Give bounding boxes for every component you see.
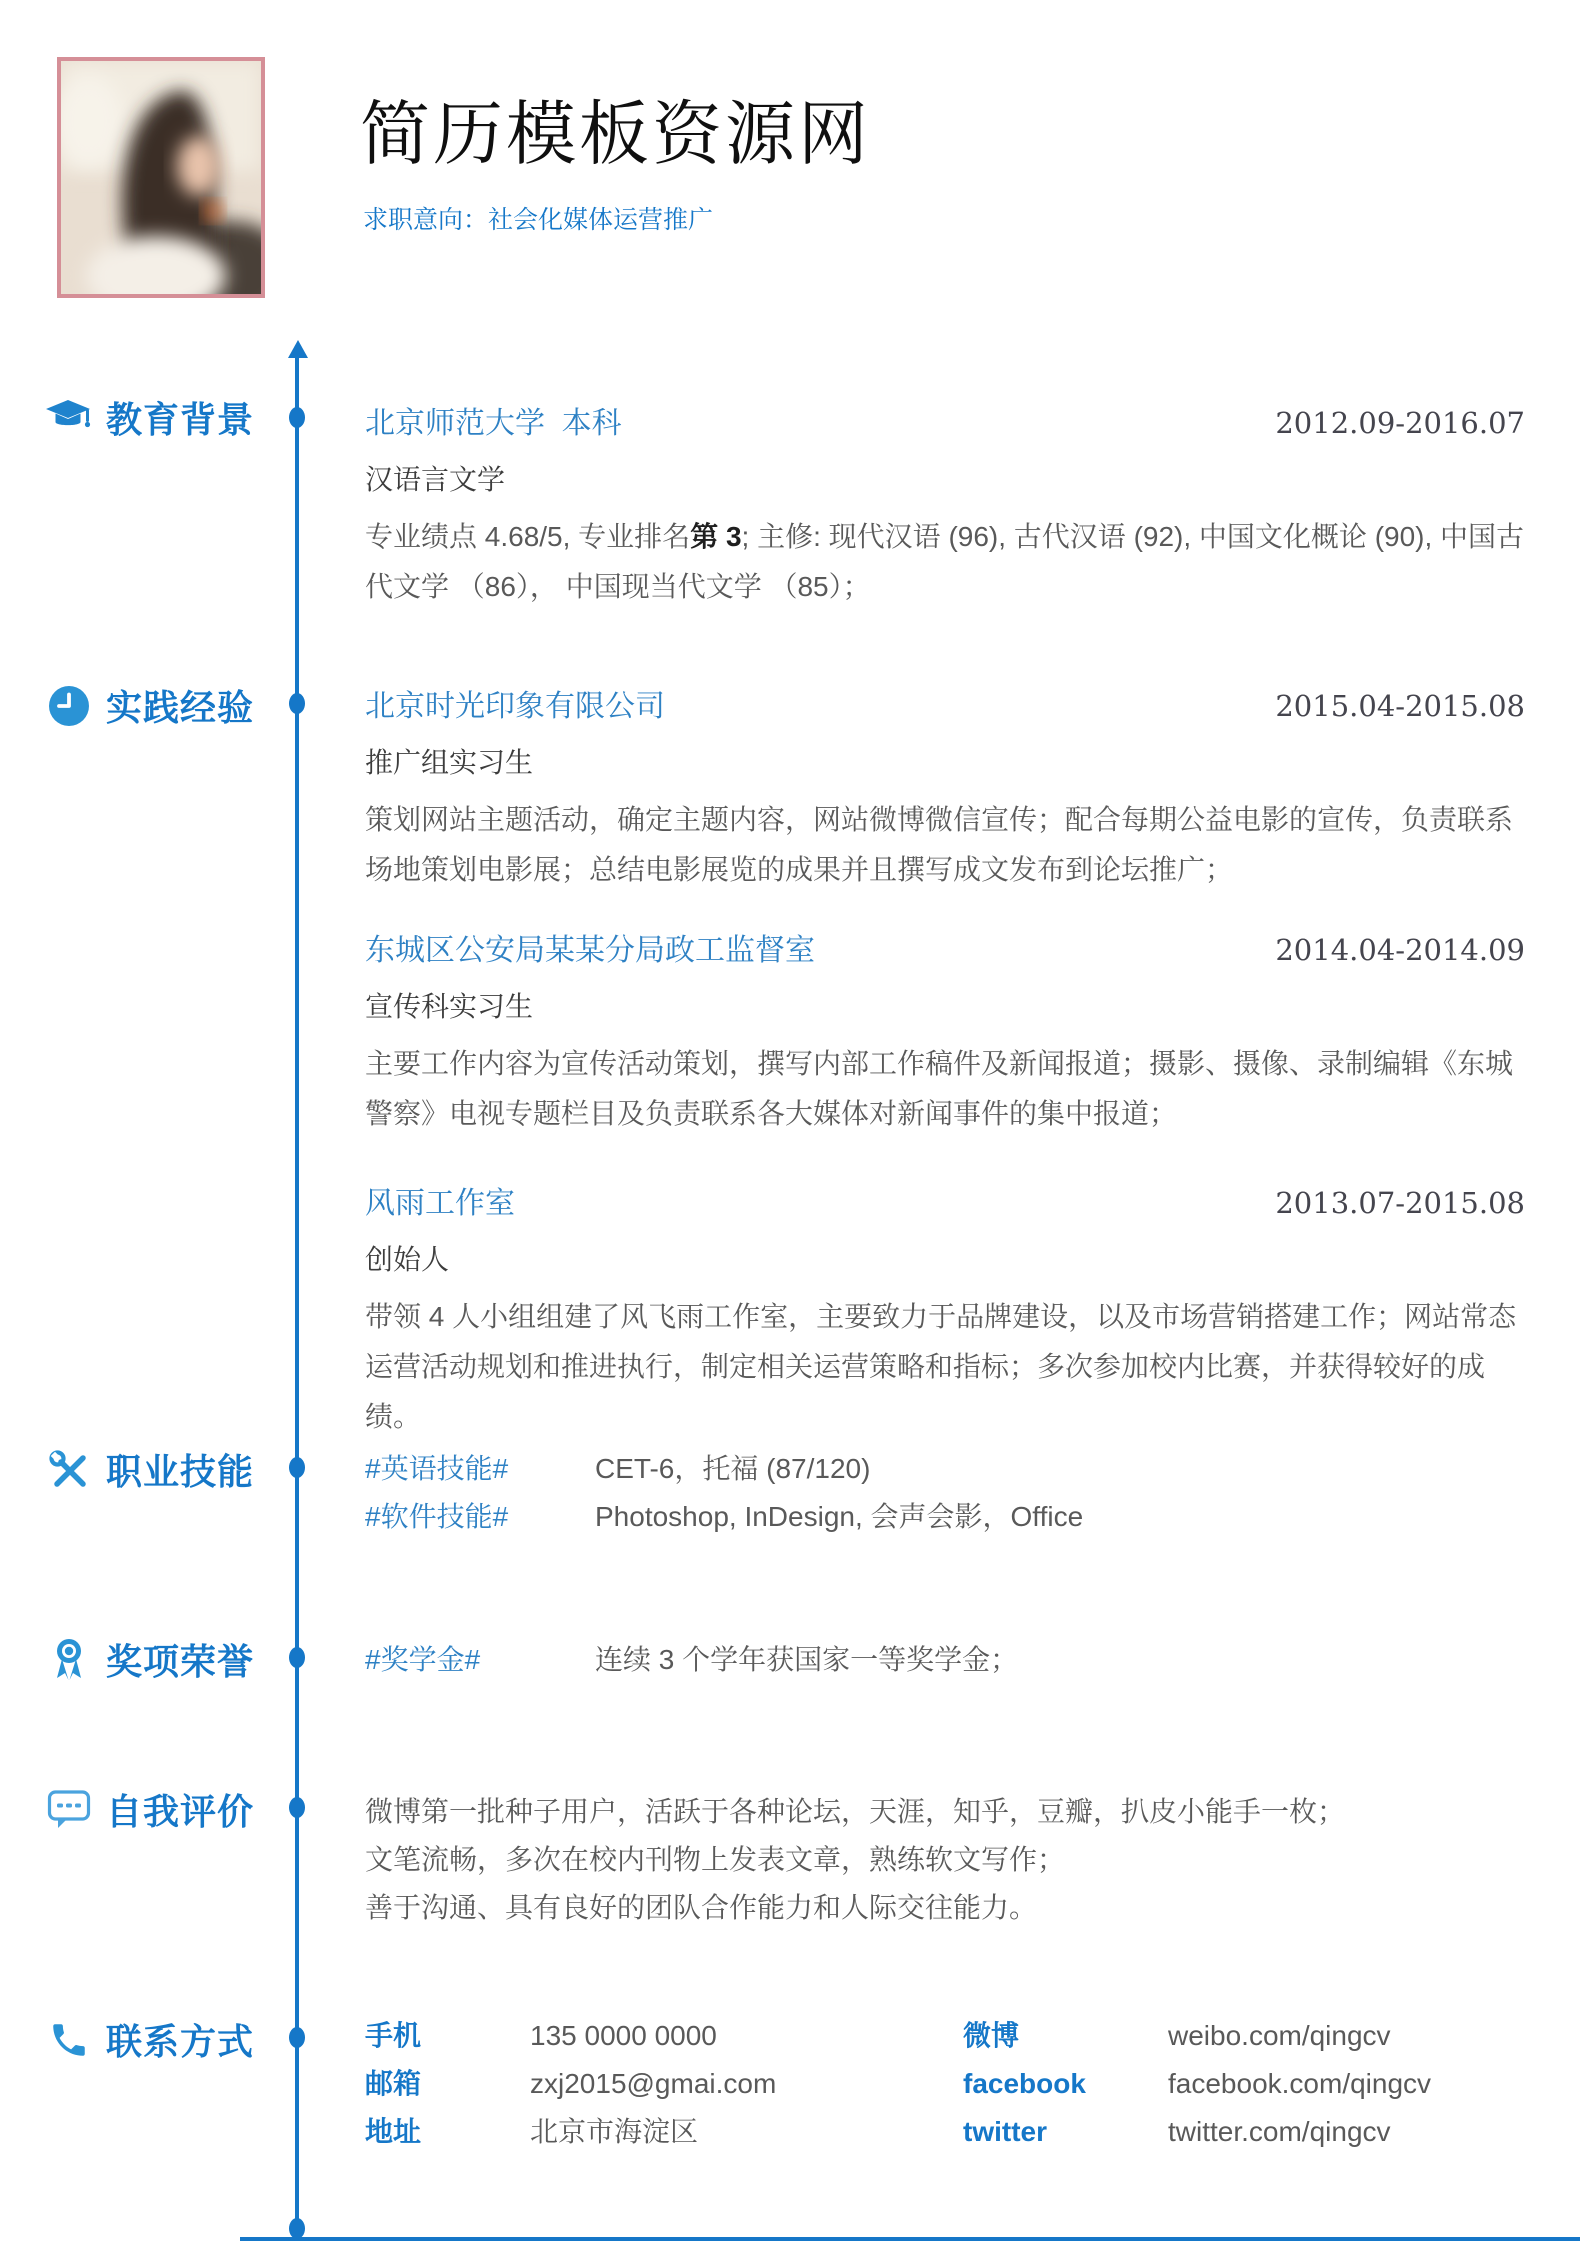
contact-row: 微博 weibo.com/qingcv [963,2012,1563,2060]
education-detail: 专业绩点 4.68/5, 专业排名第 3; 主修: 现代汉语 (96), 古代汉… [365,512,1525,612]
clock-icon [46,685,92,727]
experience-entry-head: 东城区公安局某某分局政工监督室 2014.04-2014.09 [365,925,1525,969]
contact-row: facebook facebook.com/qingcv [963,2060,1563,2108]
page-title: 简历模板资源网 [360,78,871,179]
section-label-awards: 奖项荣誉 [106,1634,254,1685]
contact-label-email: 邮箱 [365,2060,530,2108]
resume-page: 简历模板资源网 求职意向：社会化媒体运营推广 教育背景 实践经验 [0,0,1587,2245]
company-name: 东城区公安局某某分局政工监督室 [365,925,815,969]
experience-role: 宣传科实习生 [365,985,1525,1025]
company-name: 风雨工作室 [365,1178,515,1222]
section-label-self-evaluation: 自我评价 [106,1784,254,1835]
experience-description: 带领 4 人小组组建了风飞雨工作室，主要致力于品牌建设，以及市场营销搭建工作；网… [365,1292,1525,1442]
skill-tag: #英语技能# [365,1445,595,1493]
experience-description: 策划网站主题活动，确定主题内容，网站微博微信宣传；配合每期公益电影的宣传，负责联… [365,795,1525,895]
award-tag: #奖学金# [365,1636,595,1684]
gpa-rank-bold: 第 3 [690,521,741,552]
profile-photo-image [61,61,261,294]
contact-row: 手机 135 0000 0000 [365,2012,955,2060]
contact-value-twitter: twitter.com/qingcv [1168,2108,1391,2156]
experience-date: 2015.04-2015.08 [1275,689,1525,723]
contact-value-address: 北京市海淀区 [530,2108,698,2156]
education-date: 2012.09-2016.07 [1275,406,1525,440]
self-evaluation-text: 微博第一批种子用户，活跃于各种论坛，天涯，知乎，豆瓣，扒皮小能手一枚； 文笔流畅… [365,1788,1525,1932]
education-entry: 北京师范大学 本科 2012.09-2016.07 汉语言文学 专业绩点 4.6… [365,398,1525,612]
timeline-line [295,356,299,2232]
contact-row: 地址 北京市海淀区 [365,2108,955,2156]
experience-entry: 东城区公安局某某分局政工监督室 2014.04-2014.09 宣传科实习生 主… [365,925,1525,1139]
timeline-dot-awards [289,1647,305,1668]
experience-description: 主要工作内容为宣传活动策划，撰写内部工作稿件及新闻报道；摄影、摄像、录制编辑《东… [365,1039,1525,1139]
section-header-skills: 职业技能 [46,1444,254,1495]
section-header-awards: 奖项荣誉 [46,1634,254,1685]
experience-entry-head: 风雨工作室 2013.07-2015.08 [365,1178,1525,1222]
job-intention: 求职意向：社会化媒体运营推广 [363,200,713,236]
contact-value-facebook: facebook.com/qingcv [1168,2060,1431,2108]
self-evaluation-line: 善于沟通、具有良好的团队合作能力和人际交往能力。 [365,1884,1525,1932]
self-evaluation-line: 微博第一批种子用户，活跃于各种论坛，天涯，知乎，豆瓣，扒皮小能手一枚； [365,1788,1525,1836]
graduation-cap-icon [46,398,92,438]
medal-icon [46,1637,92,1683]
school-name: 北京师范大学 本科 [365,398,622,442]
experience-entry: 北京时光印象有限公司 2015.04-2015.08 推广组实习生 策划网站主题… [365,681,1525,895]
education-major: 汉语言文学 [365,458,1525,498]
awards-list: #奖学金# 连续 3 个学年获国家一等奖学金； [365,1636,1525,1684]
section-label-skills: 职业技能 [106,1444,254,1495]
experience-date: 2013.07-2015.08 [1275,1186,1525,1220]
contact-label-phone: 手机 [365,2012,530,2060]
timeline-dot-education [289,407,305,428]
award-value: 连续 3 个学年获国家一等奖学金； [595,1636,1018,1684]
section-label-experience: 实践经验 [106,680,254,731]
phone-icon [46,2019,92,2061]
experience-entry-head: 北京时光印象有限公司 2015.04-2015.08 [365,681,1525,725]
section-header-self-evaluation: 自我评价 [46,1784,254,1835]
timeline-dot-experience [289,693,305,714]
tools-icon [46,1449,92,1491]
timeline-dot-self-evaluation [289,1797,305,1818]
profile-photo [57,57,265,298]
contact-value-phone: 135 0000 0000 [530,2012,717,2060]
gpa-prefix: 专业绩点 4.68/5, 专业排名 [365,521,690,552]
skills-list: #英语技能# CET-6，托福 (87/120) #软件技能# Photosho… [365,1445,1525,1541]
contact-value-weibo: weibo.com/qingcv [1168,2012,1391,2060]
contact-label-facebook: facebook [963,2060,1168,2108]
timeline-dot-skills [289,1457,305,1478]
skill-value: CET-6，托福 (87/120) [595,1445,870,1493]
section-header-experience: 实践经验 [46,680,254,731]
contact-label-weibo: 微博 [963,2012,1168,2060]
section-label-education: 教育背景 [106,392,254,443]
skill-value: Photoshop, InDesign, 会声会影，Office [595,1493,1083,1541]
timeline-dot-contact [289,2027,305,2048]
experience-role: 推广组实习生 [365,741,1525,781]
contact-row: twitter twitter.com/qingcv [963,2108,1563,2156]
section-label-contact: 联系方式 [106,2014,254,2065]
contact-column-right: 微博 weibo.com/qingcv facebook facebook.co… [963,2012,1563,2156]
company-name: 北京时光印象有限公司 [365,681,665,725]
skill-tag: #软件技能# [365,1493,595,1541]
experience-entry: 风雨工作室 2013.07-2015.08 创始人 带领 4 人小组组建了风飞雨… [365,1178,1525,1442]
contact-row: 邮箱 zxj2015@gmai.com [365,2060,955,2108]
contact-value-email: zxj2015@gmai.com [530,2060,776,2108]
contact-label-address: 地址 [365,2108,530,2156]
contact-label-twitter: twitter [963,2108,1168,2156]
award-row: #奖学金# 连续 3 个学年获国家一等奖学金； [365,1636,1525,1684]
experience-role: 创始人 [365,1238,1525,1278]
self-evaluation-line: 文笔流畅，多次在校内刊物上发表文章，熟练软文写作； [365,1836,1525,1884]
bottom-rule [240,2237,1580,2241]
skill-row: #软件技能# Photoshop, InDesign, 会声会影，Office [365,1493,1525,1541]
experience-date: 2014.04-2014.09 [1275,933,1525,967]
section-header-education: 教育背景 [46,392,254,443]
education-entry-head: 北京师范大学 本科 2012.09-2016.07 [365,398,1525,442]
skill-row: #英语技能# CET-6，托福 (87/120) [365,1445,1525,1493]
section-header-contact: 联系方式 [46,2014,254,2065]
contact-column-left: 手机 135 0000 0000 邮箱 zxj2015@gmai.com 地址 … [365,2012,955,2156]
comment-icon [46,1789,92,1831]
timeline-dot-end [289,2218,305,2239]
